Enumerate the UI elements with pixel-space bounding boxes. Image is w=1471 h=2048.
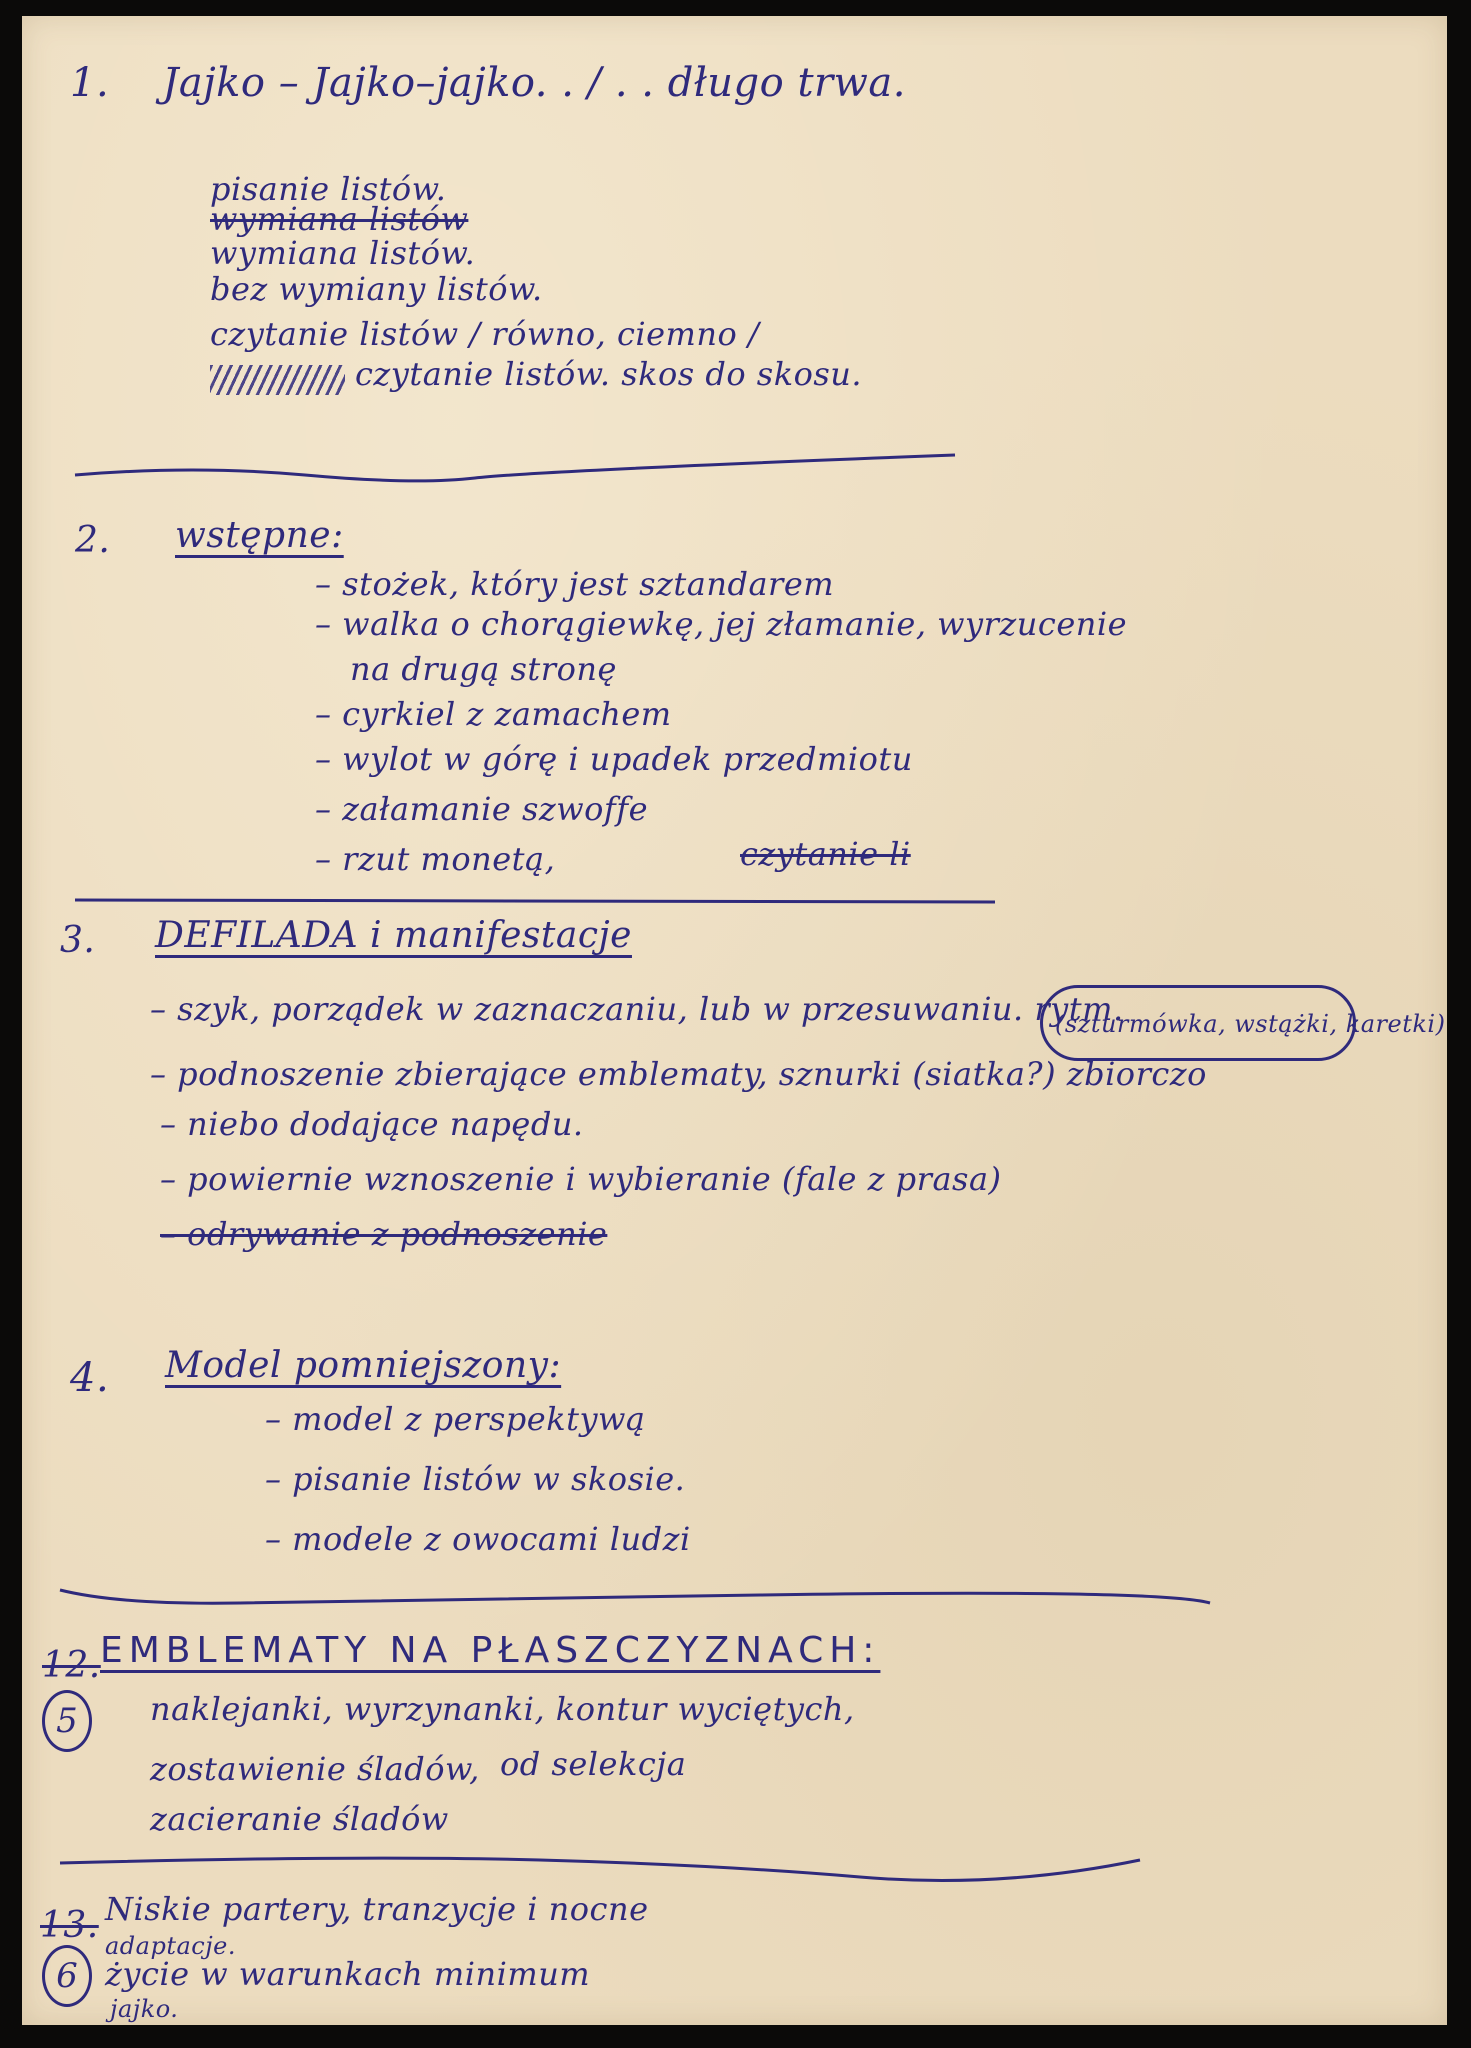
section-2-number: 2.: [75, 520, 110, 561]
section-1-item: czytanie listów / równo, ciemno /: [210, 315, 759, 353]
section-2-item: na drugą stronę: [350, 650, 617, 688]
section-3-item: – szyk, porządek w zaznaczaniu, lub w pr…: [150, 990, 1124, 1028]
section-1-item: wymiana listów.: [210, 234, 475, 272]
section-4-item: – model z perspektywą: [265, 1400, 646, 1438]
section-5-old-number: 12.: [42, 1645, 101, 1686]
section-1-number: 1.: [70, 60, 109, 106]
scribble-mark: [210, 365, 345, 395]
section-1-item-struck: wymiana listów: [210, 200, 468, 238]
divider-line: [60, 1855, 1140, 1885]
section-2-item: – cyrkiel z zamachem: [315, 695, 672, 733]
section-3-item: – podnoszenie zbierające emblematy, sznu…: [150, 1055, 1207, 1093]
section-3-item: – niebo dodające napędu.: [160, 1105, 584, 1143]
section-3-title: DEFILADA i manifestacje: [155, 915, 632, 956]
section-5-item: od selekcja: [500, 1745, 686, 1783]
section-1-item: czytanie listów. skos do skosu.: [355, 355, 862, 393]
section-4-number: 4.: [70, 1355, 109, 1401]
section-2-item: – stożek, który jest sztandarem: [315, 565, 834, 603]
section-5-item: zacieranie śladów: [150, 1800, 449, 1838]
section-5-number-circled: 5: [42, 1690, 92, 1752]
section-6-item: jajko.: [110, 1995, 178, 2023]
section-2-item: – załamanie szwoffe: [315, 790, 648, 828]
section-3-item: – powiernie wznoszenie i wybieranie (fal…: [160, 1160, 1002, 1198]
section-4-title: Model pomniejszony:: [165, 1345, 561, 1386]
section-4-item: – modele z owocami ludzi: [265, 1520, 691, 1558]
section-1-heading: 1. Jajko – Jajko–jajko. . / . . długo tr…: [70, 60, 906, 106]
section-6-item: życie w warunkach minimum: [105, 1955, 590, 1993]
section-6-old-number: 13.: [40, 1905, 99, 1946]
section-1-item: bez wymiany listów.: [210, 270, 543, 308]
section-6-number-circled: 6: [42, 1945, 92, 2007]
divider-line: [60, 1585, 1210, 1615]
section-5-title: EMBLEMATY NA PŁASZCZYZNACH:: [100, 1630, 880, 1671]
divider-line: [75, 450, 955, 480]
section-2-item-struck: czytanie li: [740, 835, 911, 873]
section-2-title: wstępne:: [175, 515, 344, 556]
section-3-item-struck: – odrywanie z podnoszenie: [160, 1215, 607, 1253]
section-5-item: naklejanki, wyrzynanki, kontur wyciętych…: [150, 1690, 855, 1728]
section-2-item: – walka o chorągiewkę, jej złamanie, wyr…: [315, 605, 1127, 643]
section-1-title: Jajko – Jajko–jajko. . / . . długo trwa.: [162, 60, 906, 106]
section-5-item: zostawienie śladów,: [150, 1750, 480, 1788]
divider-line: [75, 890, 995, 910]
bracket-note: (szturmówka, wstążki, karetki): [1055, 1010, 1445, 1038]
section-4-item: – pisanie listów w skosie.: [265, 1460, 685, 1498]
section-2-item: – wylot w górę i upadek przedmiotu: [315, 740, 913, 778]
section-2-item: – rzut monetą,: [315, 840, 555, 878]
section-6-title: Niskie partery, tranzycje i nocne: [105, 1890, 649, 1928]
section-3-number: 3.: [60, 920, 95, 961]
